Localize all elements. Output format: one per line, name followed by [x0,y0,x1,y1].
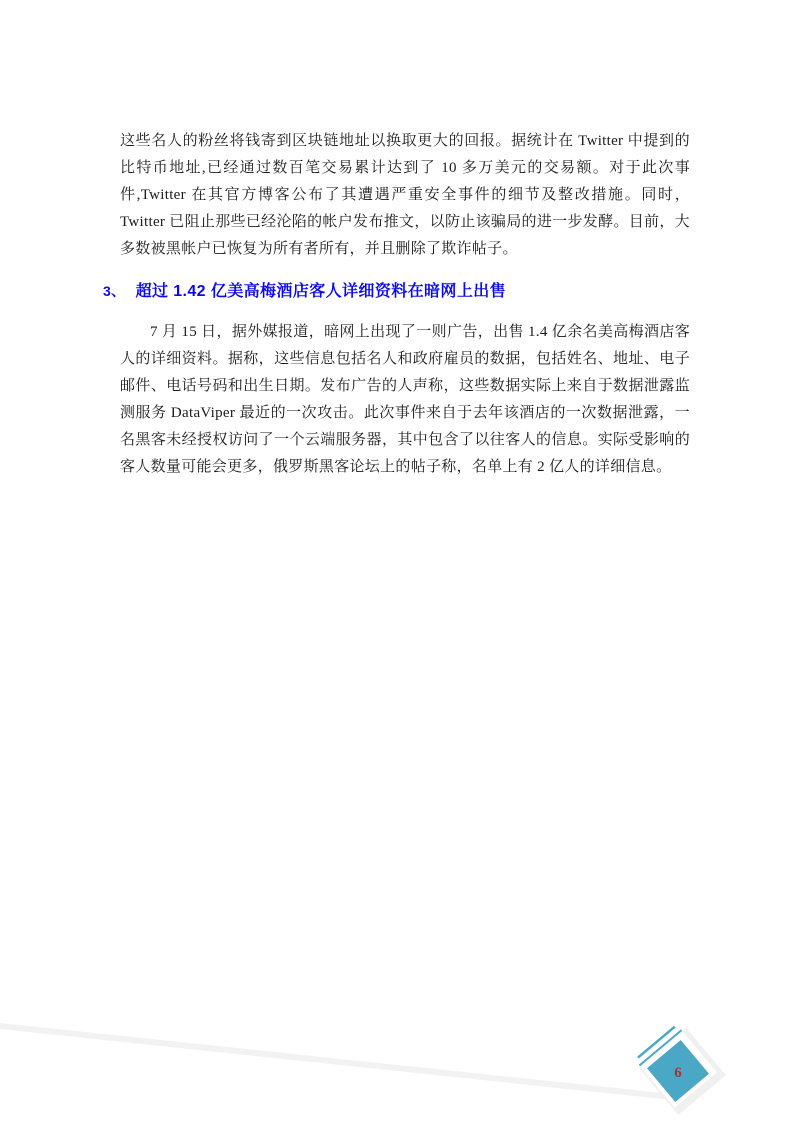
page-number: 6 [674,1065,682,1081]
diamond-shadow [639,1028,726,1115]
section-heading: 3、超过 1.42 亿美高梅酒店客人详细资料在暗网上出售 [103,280,690,303]
diamond-white [639,1030,716,1107]
diamond-stripe-outer [638,1027,675,1058]
page-number-diamond [647,1040,709,1102]
page-number-ornament [633,1022,725,1115]
diamond-stripe-inner [639,1030,681,1065]
section-number: 3、 [103,283,126,299]
document-page: 这些名人的粉丝将钱寄到区块链地址以换取更大的回报。据统计在 Twitter 中提… [0,0,793,1122]
page-content: 这些名人的粉丝将钱寄到区块链地址以换取更大的回报。据统计在 Twitter 中提… [120,128,690,481]
diagonal-line [0,1026,672,1097]
body-paragraph-mgm-incident: 7 月 15 日，据外媒报道，暗网上出现了一则广告，出售 1.4 亿余名美高梅酒… [120,319,690,481]
section-title: 超过 1.42 亿美高梅酒店客人详细资料在暗网上出售 [136,283,506,300]
body-paragraph-twitter-incident: 这些名人的粉丝将钱寄到区块链地址以换取更大的回报。据统计在 Twitter 中提… [120,128,690,263]
